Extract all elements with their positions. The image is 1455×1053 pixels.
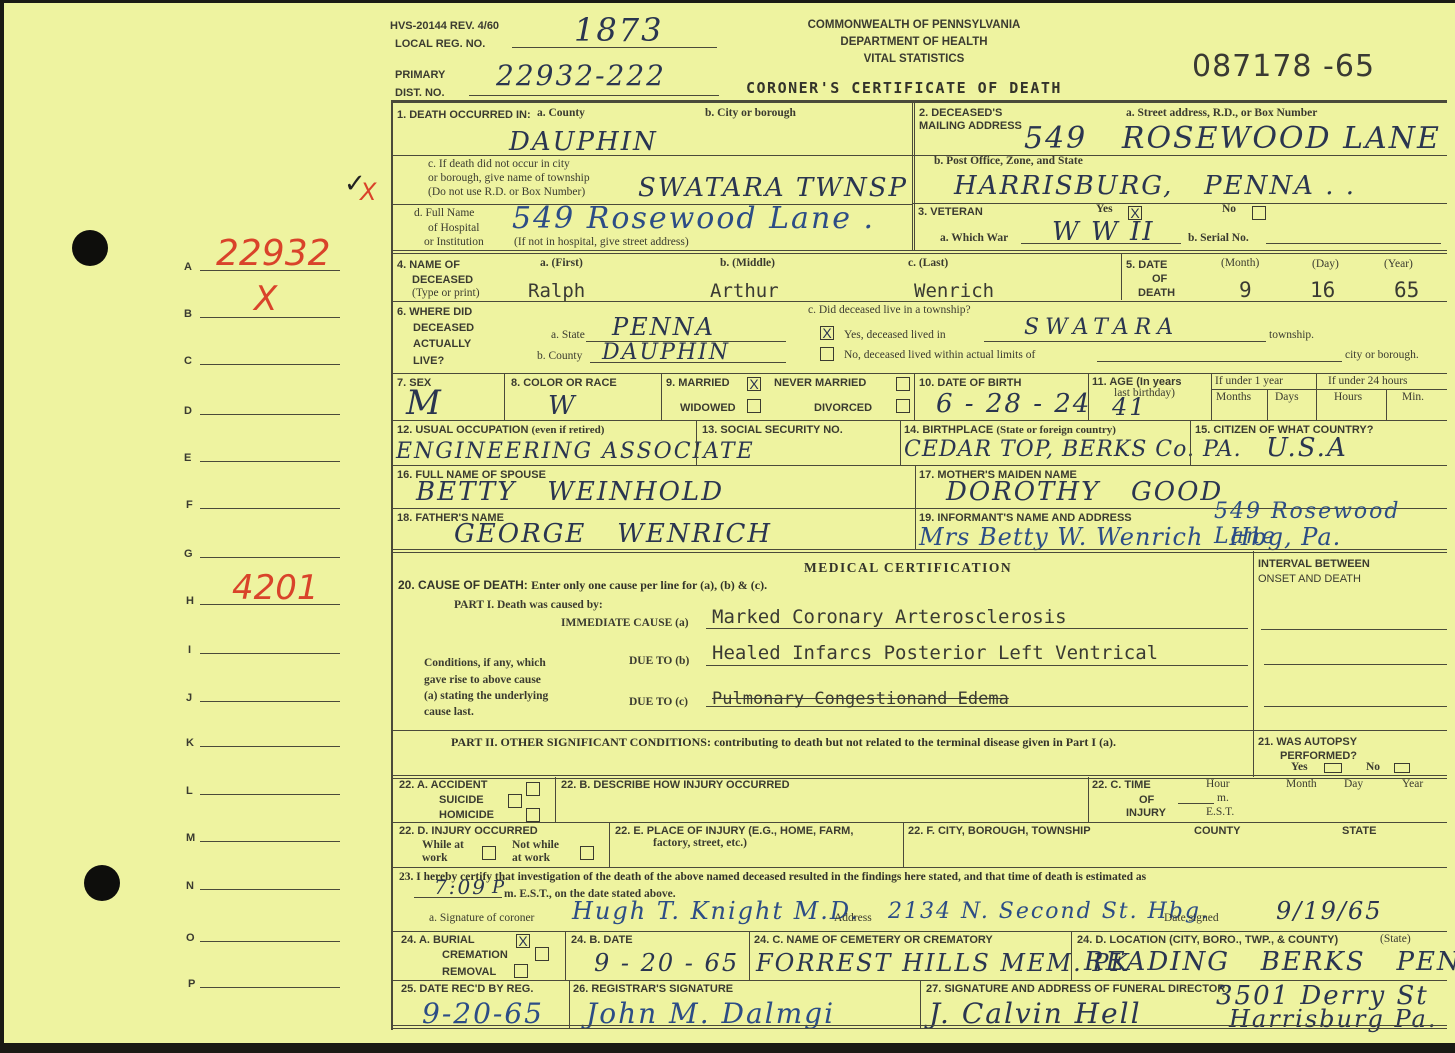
field6-county-label: b. County [537, 350, 582, 362]
injury-state-label: STATE [1342, 825, 1376, 838]
field2-label: 2. DECEASED'S MAILING ADDRESS [919, 107, 1029, 133]
field13-label: 13. SOCIAL SECURITY NO. [702, 424, 843, 437]
injury-year-label: Year [1402, 778, 1423, 790]
local-reg-value: 1873 [574, 11, 663, 49]
conditions-line-1: Conditions, if any, which [424, 657, 546, 669]
dist-value: 22932-222 [496, 59, 666, 92]
page-title: CORONER'S CERTIFICATE OF DEATH [746, 79, 1062, 97]
field4-first-value: Ralph [528, 280, 585, 302]
field9-never-married-label: NEVER MARRIED [774, 377, 866, 390]
margin-letter-h: H [186, 595, 194, 607]
field6-township-value: SWATARA [1024, 315, 1179, 340]
lived-township-yes-checkbox[interactable]: X [820, 326, 834, 340]
field18-value: GEORGE WENRICH [454, 519, 772, 549]
autopsy-label-1: 21. WAS AUTOPSY [1258, 736, 1357, 749]
field14-value: CEDAR TOP, BERKS Co. PA. [904, 437, 1242, 462]
agency-line-1: COMMONWEALTH OF PENNSYLVANIA [744, 17, 1084, 34]
conditions-line-2: gave rise to above cause [424, 674, 541, 686]
field4-label-2: DECEASED [412, 274, 473, 287]
place-of-injury-label-2: factory, street, etc.) [653, 837, 747, 849]
margin-annotation-h: 4201 [232, 568, 319, 608]
field2-post-office-value: HARRISBURG, PENNA . . [954, 171, 1356, 201]
form-number: HVS-20144 REV. 4/60 [390, 20, 499, 33]
removal-checkbox[interactable] [514, 964, 528, 978]
coroner-address-value: 2134 N. Second St. Hbg. [888, 899, 1210, 924]
field4-middle-label: b. (Middle) [720, 257, 775, 269]
medical-certification-title: MEDICAL CERTIFICATION [804, 560, 1012, 576]
agency-line-2: DEPARTMENT OF HEALTH [744, 34, 1084, 51]
lived-city-no-checkbox[interactable] [820, 347, 834, 361]
primary-label: PRIMARY [395, 69, 445, 82]
field1-township-label-3: (Do not use R.D. or Box Number) [428, 186, 585, 198]
field6-no-text: No, deceased lived within actual limits … [844, 349, 1035, 361]
field6-yes-suffix: township. [1269, 329, 1314, 341]
field3-yes-label: Yes [1096, 203, 1113, 215]
margin-letter-n: N [186, 880, 194, 892]
due-to-c-label: DUE TO (c) [629, 696, 688, 708]
margin-letter-o: O [186, 932, 195, 944]
immediate-cause-label: IMMEDIATE CAUSE (a) [561, 617, 689, 629]
field3-label: 3. VETERAN [918, 206, 983, 219]
date-signed-label: Date signed [1164, 912, 1219, 924]
cemetery-label: 24. c. NAME OF CEMETERY OR CREMATORY [754, 934, 993, 947]
cause-of-death-label: 20. CAUSE OF DEATH: Enter only one cause… [398, 578, 767, 593]
injury-county-label: COUNTY [1194, 825, 1240, 838]
agency-line-3: VITAL STATISTICS [744, 51, 1084, 68]
homicide-label: HOMICIDE [439, 809, 494, 822]
while-at-work-label: While at work [422, 839, 470, 865]
margin-letter-a: A [184, 261, 192, 273]
suicide-label: SUICIDE [439, 794, 484, 807]
never-married-checkbox[interactable] [896, 377, 910, 391]
margin-letter-e: E [184, 452, 191, 464]
field4-last-label: c. (Last) [908, 257, 948, 269]
field5-label-3: DEATH [1138, 287, 1175, 300]
location-label: 24. d. LOCATION (City, Boro., Twp., & Co… [1077, 934, 1338, 947]
margin-annotation-a: 22932 [216, 233, 331, 274]
local-reg-label: LOCAL REG. NO. [395, 38, 485, 51]
conditions-line-3: (a) stating the underlying [424, 690, 548, 702]
field11-months-label: Months [1216, 391, 1251, 403]
field5-month-value: 9 [1239, 278, 1252, 302]
field6-state-value: PENNA [612, 313, 715, 341]
field4-label-1: 4. NAME OF [397, 259, 460, 272]
margin-letter-j: J [186, 692, 192, 704]
homicide-checkbox[interactable] [526, 808, 540, 822]
autopsy-yes-label: Yes [1291, 761, 1308, 773]
field8-value: W [548, 391, 575, 421]
field1-township-label-2: or borough, give name of township [428, 172, 590, 184]
date-recd-label: 25. DATE REC'D BY REG. [401, 983, 533, 996]
margin-letter-i: I [188, 644, 191, 656]
margin-letter-b: B [184, 308, 192, 320]
punch-hole-top [72, 230, 108, 266]
field4-first-label: a. (First) [540, 257, 583, 269]
cremation-checkbox[interactable] [535, 947, 549, 961]
field6-label-1: 6. WHERE DID [397, 306, 472, 319]
injury-hour-label: Hour [1206, 778, 1230, 790]
location-value: READING BERKS PENNA [1084, 947, 1455, 977]
field11-under-year-label: If under 1 year [1215, 375, 1283, 387]
due-to-b-value: Healed Infarcs Posterior Left Ventrical [712, 642, 1158, 664]
punch-hole-bottom [84, 865, 120, 901]
margin-letter-p: P [188, 978, 195, 990]
field3-war-label: a. Which War [940, 232, 1008, 244]
autopsy-yes-checkbox[interactable] [1324, 763, 1342, 773]
veteran-no-checkbox[interactable] [1252, 206, 1266, 220]
field4-last-value: Wenrich [914, 280, 994, 302]
field16-value: BETTY WEINHOLD [416, 477, 724, 507]
not-while-at-work-checkbox[interactable] [580, 846, 594, 860]
injury-day-label: Day [1344, 778, 1363, 790]
field1-hospital-note: (If not in hospital, give street address… [514, 236, 689, 248]
field11-hours-label: Hours [1334, 391, 1362, 403]
field1-city-label: b. City or borough [705, 107, 796, 119]
field5-day-label: (Day) [1312, 258, 1339, 270]
field6-state-label: a. State [551, 329, 585, 341]
field6-yes-text: Yes, deceased lived in [844, 329, 946, 341]
margin-letter-c: C [184, 355, 192, 367]
coroner-signature-value: Hugh T. Knight M.D. [572, 897, 860, 925]
injury-city-label: 22. f. CITY, BOROUGH, TOWNSHIP [908, 825, 1091, 838]
while-at-work-checkbox[interactable] [482, 846, 496, 860]
field4-middle-value: Arthur [710, 280, 779, 302]
location-state-label: (State) [1380, 933, 1411, 945]
dist-label: DIST. NO. [395, 87, 445, 100]
field6-label-3: ACTUALLY [413, 338, 471, 351]
field6-county-value: DAUPHIN [602, 340, 730, 365]
part2-label: PART II. OTHER SIGNIFICANT CONDITIONS: c… [451, 735, 1116, 750]
registrar-signature-label: 26. REGISTRAR'S SIGNATURE [573, 983, 733, 996]
part1-label: PART I. Death was caused by: [454, 599, 603, 611]
margin-letter-m: M [186, 832, 195, 844]
not-while-at-work-label: Not while at work [512, 839, 568, 865]
time-of-injury-label-2: OF [1139, 794, 1154, 807]
cemetery-value: FORREST HILLS MEM. PK [756, 949, 1130, 977]
field8-label: 8. COLOR OR RACE [511, 377, 617, 390]
field1-township-label-1: c. If death did not occur in city [428, 158, 570, 170]
field6-label-2: DECEASED [413, 322, 474, 335]
ampm-value: P [492, 877, 504, 898]
field1-hospital-label-2: of Hospital [428, 222, 479, 234]
field2-street-value: 549 ROSEWOOD LANE [1024, 121, 1441, 156]
margin-letter-l: L [186, 785, 193, 797]
due-to-b-label: DUE TO (b) [629, 655, 689, 667]
field5-year-label: (Year) [1384, 258, 1413, 270]
field15-value: U.S.A [1266, 433, 1348, 463]
margin-annotation-b: X [254, 279, 277, 319]
field6-township-question: c. Did deceased live in a township? [808, 304, 971, 316]
date-signed-value: 9/19/65 [1276, 897, 1383, 925]
married-checkbox[interactable]: X [747, 377, 761, 391]
margin-letter-k: K [186, 737, 194, 749]
margin-letter-d: D [184, 405, 192, 417]
burial-label: 24. a. BURIAL [401, 934, 475, 947]
field3-no-label: No [1222, 203, 1236, 215]
field7-value: M [406, 383, 441, 423]
field19-name-value: Mrs Betty W. Wenrich Hbg, Pa. [919, 523, 1341, 551]
widowed-checkbox[interactable] [747, 399, 761, 413]
due-to-c-value: Pulmonary Congestionand Edema [712, 689, 1009, 709]
time-of-injury-label-3: INJURY [1126, 807, 1166, 820]
divorced-checkbox[interactable] [896, 399, 910, 413]
field9-divorced-label: DIVORCED [814, 402, 872, 415]
field5-label-2: OF [1152, 273, 1167, 286]
field11-min-label: Min. [1402, 391, 1424, 403]
field5-label-1: 5. DATE [1126, 259, 1167, 272]
autopsy-no-checkbox[interactable] [1394, 763, 1410, 773]
field9-married-label: 9. MARRIED [666, 377, 730, 390]
field14-label: 14. BIRTHPLACE (State or foreign country… [904, 424, 1116, 437]
field12-label: 12. USUAL OCCUPATION (even if retired) [397, 424, 604, 437]
field1-label: 1. DEATH OCCURRED IN: [397, 109, 531, 122]
burial-checkbox[interactable]: X [516, 934, 530, 948]
margin-x-mark: X [360, 178, 376, 206]
field1-county-value: DAUPHIN [509, 127, 658, 157]
coroner-signature-label: a. Signature of coroner [429, 912, 534, 924]
describe-injury-label: 22. b. DESCRIBE HOW INJURY OCCURRED [561, 779, 790, 792]
burial-date-label: 24. b. DATE [571, 934, 633, 947]
time-of-death-value: 7:09 [434, 875, 487, 899]
field2-post-office-label: b. Post Office, Zone, and State [934, 155, 1083, 167]
field1-county-label: a. County [537, 107, 585, 119]
certify-statement: 23. I hereby certify that investigation … [399, 871, 1146, 883]
field11-days-label: Days [1275, 391, 1299, 403]
margin-letter-g: G [184, 548, 193, 560]
coroner-address-label: Address [834, 912, 872, 924]
suicide-checkbox[interactable] [508, 794, 522, 808]
funeral-director-label: 27. SIGNATURE AND ADDRESS OF FUNERAL DIR… [926, 983, 1225, 996]
field5-year-value: 65 [1394, 278, 1419, 302]
time-of-injury-label-1: 22. c. TIME [1092, 779, 1151, 792]
field11-under-24-label: If under 24 hours [1328, 375, 1408, 387]
accident-checkbox[interactable] [526, 782, 540, 796]
removal-label: REMOVAL [442, 966, 496, 979]
field1-hospital-label-1: d. Full Name [414, 207, 474, 219]
margin-letter-f: F [186, 499, 193, 511]
interval-label-1: INTERVAL BETWEEN [1258, 558, 1370, 571]
field6-no-suffix: city or borough. [1345, 349, 1419, 361]
burial-date-value: 9 - 20 - 65 [594, 949, 739, 977]
certificate-paper: A B C D E F G H I J K L M N O P 22932 X … [4, 3, 1455, 1043]
field1-hospital-label-3: or Institution [424, 236, 484, 248]
field10-value: 6 - 28 - 24 [936, 389, 1091, 419]
certificate-number: 087178 -65 [1192, 49, 1375, 84]
field9-widowed-label: WIDOWED [680, 402, 736, 415]
field5-month-label: (Month) [1221, 257, 1259, 269]
field4-label-3: (Type or print) [412, 287, 480, 299]
injury-est-label: E.S.T. [1206, 806, 1234, 818]
injury-m-label: m. [1217, 792, 1229, 804]
interval-label-2: ONSET AND DEATH [1258, 573, 1361, 586]
immediate-cause-value: Marked Coronary Arterosclerosis [712, 606, 1067, 628]
field3-war-value: W W II [1052, 217, 1155, 247]
field5-day-value: 16 [1310, 278, 1335, 302]
conditions-line-4: cause last. [424, 706, 474, 718]
field11-value: 41 [1112, 393, 1147, 421]
field2-street-label: a. Street address, R.D., or Box Number [1126, 107, 1317, 119]
field1-hospital-value: 549 Rosewood Lane . [512, 201, 875, 236]
field6-label-4: LIVE? [413, 355, 444, 368]
field12-value: ENGINEERING ASSOCIATE [396, 439, 755, 464]
autopsy-no-label: No [1366, 761, 1380, 773]
accident-label: 22. a. ACCIDENT [399, 779, 487, 792]
injury-occurred-label: 22. d. INJURY OCCURRED [399, 825, 538, 838]
field3-serial-label: b. Serial No. [1188, 232, 1249, 244]
field1-township-value: SWATARA TWNSP [638, 173, 908, 203]
cremation-label: CREMATION [442, 949, 508, 962]
injury-month-label: Month [1286, 778, 1317, 790]
field17-value: DOROTHY GOOD [946, 477, 1223, 507]
